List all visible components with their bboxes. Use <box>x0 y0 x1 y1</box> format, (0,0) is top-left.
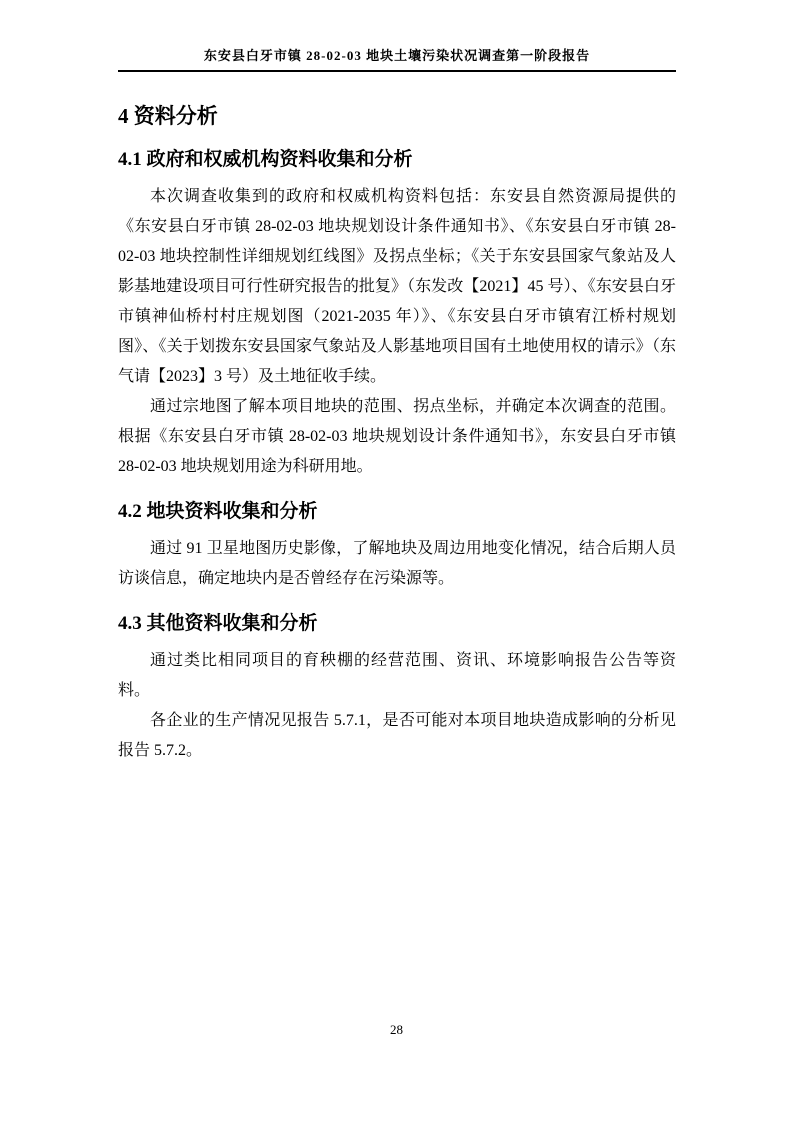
section-heading-4-1: 4.1 政府和权威机构资料收集和分析 <box>118 147 676 173</box>
paragraph-4-1-1: 本次调查收集到的政府和权威机构资料包括：东安县自然资源局提供的《东安县白牙市镇 … <box>118 182 676 392</box>
section-heading-4-3: 4.3 其他资料收集和分析 <box>118 611 676 637</box>
paragraph-4-3-1: 通过类比相同项目的育秧棚的经营范围、资讯、环境影响报告公告等资料。 <box>118 646 676 706</box>
paragraph-4-3-2: 各企业的生产情况见报告 5.7.1，是否可能对本项目地块造成影响的分析见报告 5… <box>118 706 676 766</box>
page-footer: 28 <box>0 1022 793 1038</box>
paragraph-4-2-1: 通过 91 卫星地图历史影像，了解地块及周边用地变化情况，结合后期人员访谈信息，… <box>118 534 676 594</box>
paragraph-4-1-2: 通过宗地图了解本项目地块的范围、拐点坐标，并确定本次调查的范围。根据《东安县白牙… <box>118 392 676 482</box>
document-page: 东安县白牙市镇 28-02-03 地块土壤污染状况调查第一阶段报告 4 资料分析… <box>0 0 793 1122</box>
section-heading-4-2: 4.2 地块资料收集和分析 <box>118 499 676 525</box>
chapter-title: 4 资料分析 <box>118 102 676 130</box>
page-header: 东安县白牙市镇 28-02-03 地块土壤污染状况调查第一阶段报告 <box>118 48 676 72</box>
header-title: 东安县白牙市镇 28-02-03 地块土壤污染状况调查第一阶段报告 <box>204 48 590 63</box>
page-number: 28 <box>390 1022 403 1037</box>
